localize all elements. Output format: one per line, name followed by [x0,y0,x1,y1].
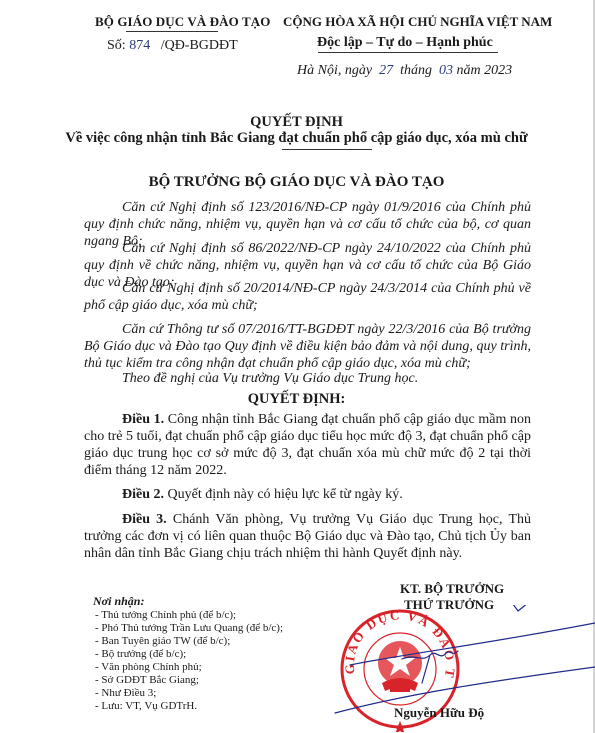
recipient-item: - Ban Tuyên giáo TW (để b/c); [95,635,283,648]
national-motto: Độc lập – Tự do – Hạnh phúc [317,35,493,51]
article-label: Điều 1. [122,412,164,427]
place-and-date: Hà Nội, ngày 27 tháng 03 năm 2023 [297,63,512,79]
issuing-ministry: BỘ GIÁO DỤC VÀ ĐÀO TẠO [95,14,270,30]
decision-heading: QUYẾT ĐỊNH: [0,391,593,408]
recipient-item: - Sở GDĐT Bắc Giang; [95,674,283,687]
preamble-paragraph: Căn cứ Nghị định số 20/2014/NĐ-CP ngày 2… [84,280,531,314]
recipients-list: - Thủ tướng Chính phủ (để b/c); - Phó Th… [95,609,283,713]
motto-underline [318,52,498,53]
article-text: Quyết định này có hiệu lực kể từ ngày ký… [164,487,403,502]
document-page: BỘ GIÁO DỤC VÀ ĐÀO TẠO Số: 874 /QĐ-BGDĐT… [0,0,595,733]
article-3: Điều 3. Chánh Văn phòng, Vụ trưởng Vụ Gi… [84,511,531,562]
recipient-item: - Văn phòng Chính phủ; [95,661,283,674]
doc-number-suffix: /QĐ-BGDĐT [161,38,238,53]
recipient-item: - Như Điều 3; [95,687,283,700]
national-title: CỘNG HÒA XÃ HỘI CHỦ NGHĨA VIỆT NAM [283,14,552,30]
article-label: Điều 3. [122,512,167,527]
document-number: Số: 874 /QĐ-BGDĐT [107,38,238,54]
date-month: 03 [439,63,453,78]
date-day: 27 [379,63,393,78]
recipient-item: - Phó Thủ tướng Trần Lưu Quang (để b/c); [95,622,283,635]
article-1: Điều 1. Công nhận tỉnh Bắc Giang đạt chu… [84,411,531,479]
date-year: năm 2023 [456,63,512,78]
article-label: Điều 2. [122,487,164,502]
subject-underline [282,149,372,150]
issuing-authority: BỘ TRƯỞNG BỘ GIÁO DỤC VÀ ĐÀO TẠO [0,174,593,191]
doc-number-value: 874 [129,38,150,53]
article-2: Điều 2. Quyết định này có hiệu lực kể từ… [84,486,531,503]
signature-on-behalf: KT. BỘ TRƯỞNG [400,581,504,597]
document-subject: Về việc công nhận tỉnh Bắc Giang đạt chu… [0,130,593,147]
recipient-item: - Bộ trưởng (để b/c); [95,648,283,661]
signer-name: Nguyễn Hữu Độ [394,705,484,721]
doc-number-prefix: Số: [107,38,126,53]
ministry-underline [126,31,218,32]
document-title: QUYẾT ĐỊNH [0,114,593,131]
month-label: tháng [400,63,432,78]
recipient-item: - Thủ tướng Chính phủ (để b/c); [95,609,283,622]
recipient-item: - Lưu: VT, Vụ GDTrH. [95,700,283,713]
preamble-paragraph: Theo đề nghị của Vụ trưởng Vụ Giáo dục T… [84,370,531,387]
preamble-paragraph: Căn cứ Thông tư số 07/2016/TT-BGDĐT ngày… [84,321,531,372]
recipients-title: Nơi nhận: [93,594,144,609]
place-prefix: Hà Nội, ngày [297,63,372,78]
